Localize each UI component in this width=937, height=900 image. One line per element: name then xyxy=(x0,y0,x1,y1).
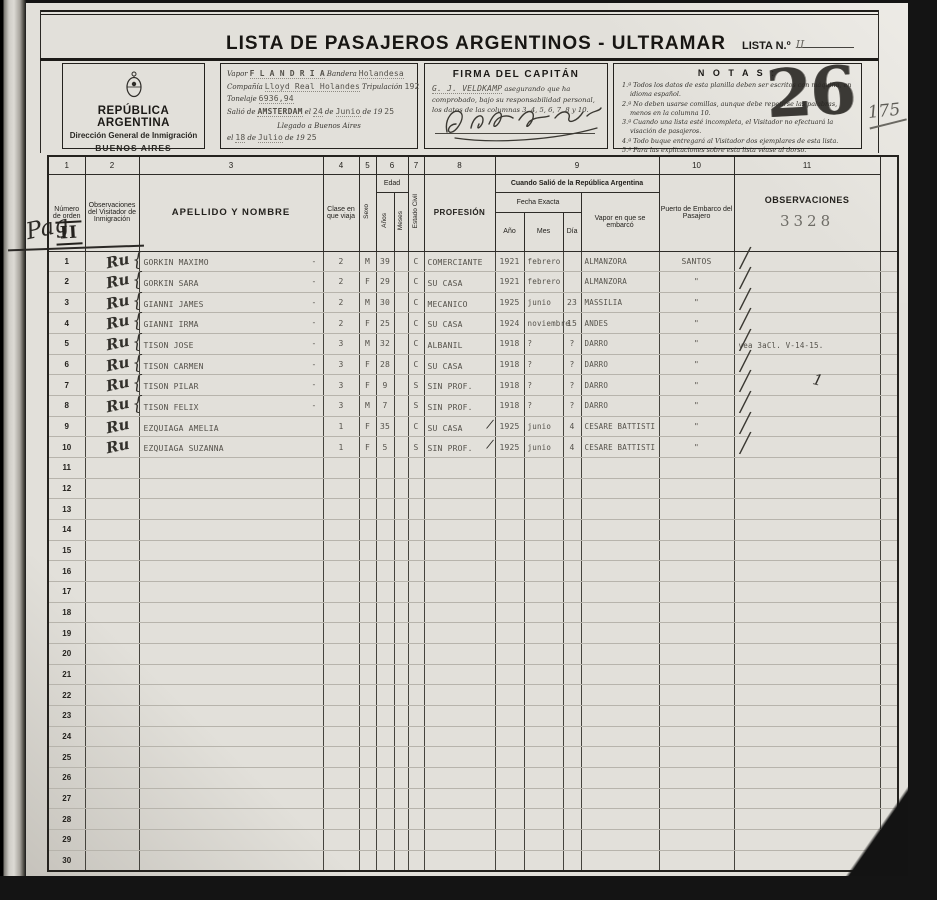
profesion-cell xyxy=(424,602,495,623)
header-sexo: Sexo xyxy=(359,174,376,251)
profesion-cell xyxy=(424,788,495,809)
llegada-label: Llegado a Buenos Aires xyxy=(277,122,361,130)
estado-civil-cell: C xyxy=(408,292,424,313)
stamp-number-26: 26 xyxy=(764,51,856,133)
row-number-cell: 18 xyxy=(48,602,85,623)
dia-cell xyxy=(563,850,581,871)
profesion-cell xyxy=(424,747,495,768)
mes-cell xyxy=(524,705,563,726)
extra-cell xyxy=(880,809,898,830)
profesion-value: SU CASA xyxy=(428,424,463,433)
observaciones-cell xyxy=(734,829,880,850)
de-label: de xyxy=(325,108,334,116)
anos-cell: 32 xyxy=(376,334,394,355)
puerto-cell: " xyxy=(659,354,734,375)
vapor-cell xyxy=(581,582,659,603)
vapor-cell: DARRO xyxy=(581,354,659,375)
sexo-cell xyxy=(359,540,376,561)
profesion-cell xyxy=(424,726,495,747)
vapor-cell: CESARE BATTISTI xyxy=(581,416,659,437)
mes-cell xyxy=(524,540,563,561)
clase-cell xyxy=(323,561,359,582)
row-number: 7 xyxy=(65,381,69,390)
ano-cell: 1925 xyxy=(495,416,524,437)
dia-cell xyxy=(563,809,581,830)
visitador-cell xyxy=(85,561,139,582)
name-cell: Ru { TISON JOSE - xyxy=(139,334,323,355)
sexo-cell xyxy=(359,561,376,582)
puerto-cell xyxy=(659,664,734,685)
bandera-label: Bandera xyxy=(327,70,357,78)
ano-cell: 1918 xyxy=(495,396,524,417)
extra-cell xyxy=(880,334,898,355)
anos-cell xyxy=(376,747,394,768)
row-number-cell: 15 xyxy=(48,540,85,561)
margin-number-text: 175 xyxy=(867,100,901,123)
observaciones-cell xyxy=(734,664,880,685)
passenger-name: GORKIN MAXIMO xyxy=(144,258,209,267)
observaciones-cell xyxy=(734,478,880,499)
row-number-cell: 27 xyxy=(48,788,85,809)
extra-cell xyxy=(880,582,898,603)
margin-number-175: 175 xyxy=(867,99,907,126)
de19-label: de 19 xyxy=(363,108,383,116)
meses-cell xyxy=(394,478,408,499)
sexo-cell: M xyxy=(359,251,376,272)
mes-cell: junio xyxy=(524,292,563,313)
dia-cell xyxy=(563,458,581,479)
row-number-cell: 23 xyxy=(48,705,85,726)
compania-label: Compañía xyxy=(227,83,263,91)
org-department: Dirección General de Inmigración xyxy=(63,131,204,140)
extra-cell xyxy=(880,685,898,706)
visitador-cell xyxy=(85,582,139,603)
visitador-cell xyxy=(85,809,139,830)
row-number: 6 xyxy=(65,360,69,369)
clase-cell xyxy=(323,602,359,623)
header-cuando-salio: Cuando Salió de la República Argentina xyxy=(495,174,659,192)
anos-cell xyxy=(376,582,394,603)
table-row: 16 xyxy=(48,561,898,582)
mes-cell xyxy=(524,726,563,747)
visitador-cell xyxy=(85,623,139,644)
anos-cell xyxy=(376,623,394,644)
puerto-cell xyxy=(659,809,734,830)
clase-cell: 3 xyxy=(323,396,359,417)
name-cell: Ru EZQUIAGA SUZANNA xyxy=(139,437,323,458)
table-row: 30 xyxy=(48,850,898,871)
estado-civil-cell xyxy=(408,767,424,788)
visitador-cell xyxy=(85,767,139,788)
name-dash: - xyxy=(311,298,316,307)
tonelaje-value: 6936,94 xyxy=(259,94,294,104)
anos-cell xyxy=(376,809,394,830)
anos-cell: 7 xyxy=(376,396,394,417)
row-number: 14 xyxy=(62,525,71,534)
lleg-el-label: el xyxy=(227,134,233,142)
header-estado-civil: Estado Civil xyxy=(408,174,424,251)
clase-cell xyxy=(323,582,359,603)
estado-civil-cell xyxy=(408,478,424,499)
puerto-cell: " xyxy=(659,313,734,334)
puerto-cell: " xyxy=(659,416,734,437)
row-number-cell: 6 xyxy=(48,354,85,375)
dia-cell xyxy=(563,726,581,747)
top-border-line xyxy=(40,10,878,12)
observaciones-cell: / xyxy=(734,272,880,293)
ano-cell: 1925 xyxy=(495,437,524,458)
sexo-cell xyxy=(359,726,376,747)
extra-cell xyxy=(880,272,898,293)
puerto-cell: " xyxy=(659,334,734,355)
header-sexo-label: Sexo xyxy=(364,204,371,219)
meses-cell xyxy=(394,788,408,809)
observaciones-note: vea 3aCl. V-14-15. xyxy=(739,341,824,350)
ano-cell xyxy=(495,478,524,499)
clase-cell: 1 xyxy=(323,437,359,458)
mes-cell xyxy=(524,602,563,623)
header-puerto-embarco: Puerto de Embarco del Pasajero xyxy=(659,174,734,251)
mes-cell: noviembre xyxy=(524,313,563,334)
passenger-name: TISON FELIX xyxy=(144,403,199,412)
meses-cell xyxy=(394,272,408,293)
ano-cell xyxy=(495,458,524,479)
mes-cell: junio xyxy=(524,416,563,437)
estado-civil-cell: C xyxy=(408,334,424,355)
observaciones-cell xyxy=(734,747,880,768)
row-number: 28 xyxy=(62,815,71,824)
anos-cell xyxy=(376,788,394,809)
visitador-cell xyxy=(85,685,139,706)
meses-cell xyxy=(394,726,408,747)
passenger-name: GORKIN SARA xyxy=(144,279,199,288)
estado-civil-cell: C xyxy=(408,313,424,334)
vapor-cell xyxy=(581,767,659,788)
name-cell xyxy=(139,664,323,685)
visitador-cell xyxy=(85,478,139,499)
observaciones-cell xyxy=(734,623,880,644)
vapor-cell: ALMANZORA xyxy=(581,251,659,272)
ship-line-llegada: Llegado a Buenos Aires xyxy=(227,122,411,130)
row-number: 5 xyxy=(65,339,69,348)
mes-cell xyxy=(524,685,563,706)
col-number: 9 xyxy=(495,156,659,174)
ano-cell xyxy=(495,602,524,623)
vapor-cell: DARRO xyxy=(581,375,659,396)
sexo-cell xyxy=(359,788,376,809)
meses-cell xyxy=(394,437,408,458)
col-number: 6 xyxy=(376,156,408,174)
mes-cell xyxy=(524,664,563,685)
vapor-cell xyxy=(581,478,659,499)
name-cell xyxy=(139,561,323,582)
name-dash: - xyxy=(311,318,316,327)
visitador-cell xyxy=(85,520,139,541)
observaciones-cell xyxy=(734,767,880,788)
passenger-name: TISON JOSE xyxy=(144,341,194,350)
meses-cell xyxy=(394,623,408,644)
row-number: 23 xyxy=(62,711,71,720)
row-number-cell: 2 xyxy=(48,272,85,293)
profesion-cell: COMERCIANTE xyxy=(424,251,495,272)
anos-cell xyxy=(376,520,394,541)
header-observaciones-visitador: Observaciones del Visitador de Inmigraci… xyxy=(85,174,139,251)
ano-cell xyxy=(495,747,524,768)
vapor-cell: MASSILIA xyxy=(581,292,659,313)
sexo-cell xyxy=(359,582,376,603)
row-number: 9 xyxy=(65,422,69,431)
row-number: 11 xyxy=(63,463,71,472)
row-number: 15 xyxy=(62,546,71,555)
salio-label: Salió de xyxy=(227,108,256,116)
table-row: 8 Ru { TISON FELIX - 3 M 7 S SIN PROF. 1… xyxy=(48,396,898,417)
vapor-cell xyxy=(581,664,659,685)
puerto-cell: SANTOS xyxy=(659,251,734,272)
profesion-value: SU CASA xyxy=(428,362,463,371)
mes-cell xyxy=(524,520,563,541)
sexo-cell xyxy=(359,767,376,788)
vapor-cell xyxy=(581,458,659,479)
salio-value: AMSTERDAM xyxy=(257,107,302,117)
mes-cell xyxy=(524,561,563,582)
visitador-cell xyxy=(85,540,139,561)
sexo-cell xyxy=(359,747,376,768)
sexo-cell: F xyxy=(359,437,376,458)
header-anos-label: Años xyxy=(382,213,389,228)
row-number: 12 xyxy=(62,484,71,493)
extra-cell xyxy=(880,499,898,520)
row-number-cell: 16 xyxy=(48,561,85,582)
table-row: 3 Ru { GIANNI JAMES - 2 M 30 C MECANICO … xyxy=(48,292,898,313)
name-cell xyxy=(139,458,323,479)
name-cell xyxy=(139,726,323,747)
row-number-cell: 5 xyxy=(48,334,85,355)
row-number-cell: 25 xyxy=(48,747,85,768)
dia-cell xyxy=(563,540,581,561)
estado-civil-cell xyxy=(408,540,424,561)
row-number: 10 xyxy=(62,443,71,452)
table-row: 13 xyxy=(48,499,898,520)
puerto-cell: " xyxy=(659,272,734,293)
name-dash: - xyxy=(311,401,316,410)
name-cell xyxy=(139,850,323,871)
dia-cell xyxy=(563,561,581,582)
clase-cell xyxy=(323,685,359,706)
dia-cell xyxy=(563,623,581,644)
table-row: 29 xyxy=(48,829,898,850)
vapor-cell xyxy=(581,685,659,706)
estado-civil-cell xyxy=(408,829,424,850)
nota-item: 5.ª Para las explicaciones sobre esta li… xyxy=(630,146,855,155)
estado-civil-cell: C xyxy=(408,416,424,437)
col-number: 7 xyxy=(408,156,424,174)
mes-cell: ? xyxy=(524,334,563,355)
profesion-value: SU CASA xyxy=(428,320,463,329)
vapor-cell: ALMANZORA xyxy=(581,272,659,293)
bandera-value: Holandesa xyxy=(359,69,404,79)
puerto-cell: " xyxy=(659,396,734,417)
mes-cell: junio xyxy=(524,437,563,458)
anos-cell: 39 xyxy=(376,251,394,272)
table-row: 15 xyxy=(48,540,898,561)
ano-cell xyxy=(495,767,524,788)
dia-cell: 4 xyxy=(563,416,581,437)
passenger-table: 1 2 3 4 5 6 7 8 9 10 11 Número de orden … xyxy=(47,155,899,872)
meses-cell xyxy=(394,685,408,706)
name-cell xyxy=(139,809,323,830)
profesion-cell xyxy=(424,623,495,644)
ano-cell: 1924 xyxy=(495,313,524,334)
passenger-name: EZQUIAGA SUZANNA xyxy=(144,444,224,453)
row-number-cell: 29 xyxy=(48,829,85,850)
col-number: 11 xyxy=(734,156,880,174)
estado-civil-cell: S xyxy=(408,375,424,396)
clase-cell xyxy=(323,788,359,809)
ano-cell xyxy=(495,499,524,520)
vapor-cell: DARRO xyxy=(581,396,659,417)
sexo-cell xyxy=(359,809,376,830)
clase-cell xyxy=(323,726,359,747)
sexo-cell xyxy=(359,664,376,685)
ship-line-vapor: Vapor F L A N D R I A Bandera Holandesa xyxy=(227,69,411,78)
extra-cell xyxy=(880,788,898,809)
row-number-cell: 3 xyxy=(48,292,85,313)
mes-cell xyxy=(524,478,563,499)
name-cell xyxy=(139,582,323,603)
profesion-value: MECANICO xyxy=(428,300,468,309)
observaciones-cell: / xyxy=(734,292,880,313)
extra-cell xyxy=(880,726,898,747)
ano-cell xyxy=(495,623,524,644)
table-row: 2 Ru { GORKIN SARA - 2 F 29 C SU CASA 19… xyxy=(48,272,898,293)
ano-cell xyxy=(495,664,524,685)
profesion-cell xyxy=(424,540,495,561)
puerto-cell xyxy=(659,623,734,644)
vapor-cell xyxy=(581,788,659,809)
clase-cell xyxy=(323,643,359,664)
observaciones-cell xyxy=(734,705,880,726)
observaciones-cell: / xyxy=(734,313,880,334)
meses-cell xyxy=(394,602,408,623)
observaciones-cell: / xyxy=(734,437,880,458)
name-cell xyxy=(139,499,323,520)
sexo-cell xyxy=(359,623,376,644)
profesion-cell: SU CASA xyxy=(424,313,495,334)
estado-civil-cell xyxy=(408,582,424,603)
ano-cell xyxy=(495,643,524,664)
mes-cell: febrero xyxy=(524,272,563,293)
clase-cell xyxy=(323,664,359,685)
ship-box: Vapor F L A N D R I A Bandera Holandesa … xyxy=(220,63,418,149)
col-number: 2 xyxy=(85,156,139,174)
puerto-cell xyxy=(659,829,734,850)
estado-civil-cell xyxy=(408,602,424,623)
extra-cell xyxy=(880,850,898,871)
sexo-cell xyxy=(359,685,376,706)
ano-cell xyxy=(495,561,524,582)
header-observaciones-label: OBSERVACIONES xyxy=(736,195,879,205)
meses-cell xyxy=(394,520,408,541)
argentina-coat-of-arms-icon xyxy=(123,70,145,98)
puerto-cell xyxy=(659,788,734,809)
profesion-cell xyxy=(424,850,495,871)
estado-civil-cell: S xyxy=(408,437,424,458)
row-number: 19 xyxy=(62,629,71,638)
anos-cell: 35 xyxy=(376,416,394,437)
meses-cell xyxy=(394,829,408,850)
sexo-cell: F xyxy=(359,375,376,396)
extra-cell xyxy=(880,767,898,788)
mes-cell xyxy=(524,623,563,644)
clase-cell: 3 xyxy=(323,334,359,355)
meses-cell xyxy=(394,664,408,685)
row-number: 2 xyxy=(65,277,69,286)
estado-civil-cell xyxy=(408,458,424,479)
dia-cell: ? xyxy=(563,334,581,355)
lleg-de19-label: de 19 xyxy=(285,134,305,142)
passenger-rows: 1 Ru { GORKIN MAXIMO - 2 M 39 C COMERCIA… xyxy=(48,251,898,871)
anos-cell xyxy=(376,458,394,479)
mes-cell xyxy=(524,788,563,809)
estado-civil-cell xyxy=(408,788,424,809)
observaciones-cell: / xyxy=(734,416,880,437)
puerto-cell xyxy=(659,540,734,561)
passenger-name: TISON PILAR xyxy=(144,382,199,391)
table-row: 10 Ru EZQUIAGA SUZANNA 1 F 5 S SIN PROF.… xyxy=(48,437,898,458)
observaciones-cell xyxy=(734,520,880,541)
row-number-cell: 1 xyxy=(48,251,85,272)
col-number: 10 xyxy=(659,156,734,174)
name-cell xyxy=(139,478,323,499)
visitador-cell xyxy=(85,850,139,871)
dia-cell xyxy=(563,829,581,850)
row-number: 18 xyxy=(62,608,71,617)
profesion-cell: SIN PROF. xyxy=(424,375,495,396)
header-edad: Edad xyxy=(376,174,408,192)
ano-cell: 1918 xyxy=(495,354,524,375)
profesion-cell: SU CASA / xyxy=(424,416,495,437)
ano-cell: 1921 xyxy=(495,251,524,272)
header-estado-civil-label: Estado Civil xyxy=(413,194,420,228)
profesion-cell xyxy=(424,829,495,850)
meses-cell xyxy=(394,354,408,375)
dia-cell xyxy=(563,767,581,788)
book-binding-edge xyxy=(0,0,26,876)
anos-cell xyxy=(376,478,394,499)
puerto-cell xyxy=(659,726,734,747)
vapor-cell xyxy=(581,520,659,541)
name-cell xyxy=(139,747,323,768)
observaciones-cell xyxy=(734,685,880,706)
name-dash: - xyxy=(311,257,316,266)
profesion-cell: SU CASA xyxy=(424,272,495,293)
header-meses-label: Meses xyxy=(398,211,405,230)
salio-mes: Junio xyxy=(336,107,361,117)
row-number: 22 xyxy=(62,691,71,700)
table-row: 1 Ru { GORKIN MAXIMO - 2 M 39 C COMERCIA… xyxy=(48,251,898,272)
observaciones-cell: / xyxy=(734,251,880,272)
anos-cell xyxy=(376,705,394,726)
table-header: 1 2 3 4 5 6 7 8 9 10 11 Número de orden … xyxy=(48,156,898,251)
anos-cell: 30 xyxy=(376,292,394,313)
extra-cell xyxy=(880,292,898,313)
vapor-value: F L A N D R I A xyxy=(250,69,325,79)
form-paper: LISTA DE PASAJEROS ARGENTINOS - ULTRAMAR… xyxy=(26,3,908,876)
dia-cell: ? xyxy=(563,354,581,375)
lleg-dia: 18 xyxy=(235,133,245,143)
anos-cell xyxy=(376,499,394,520)
profesion-cell: SIN PROF. / xyxy=(424,437,495,458)
